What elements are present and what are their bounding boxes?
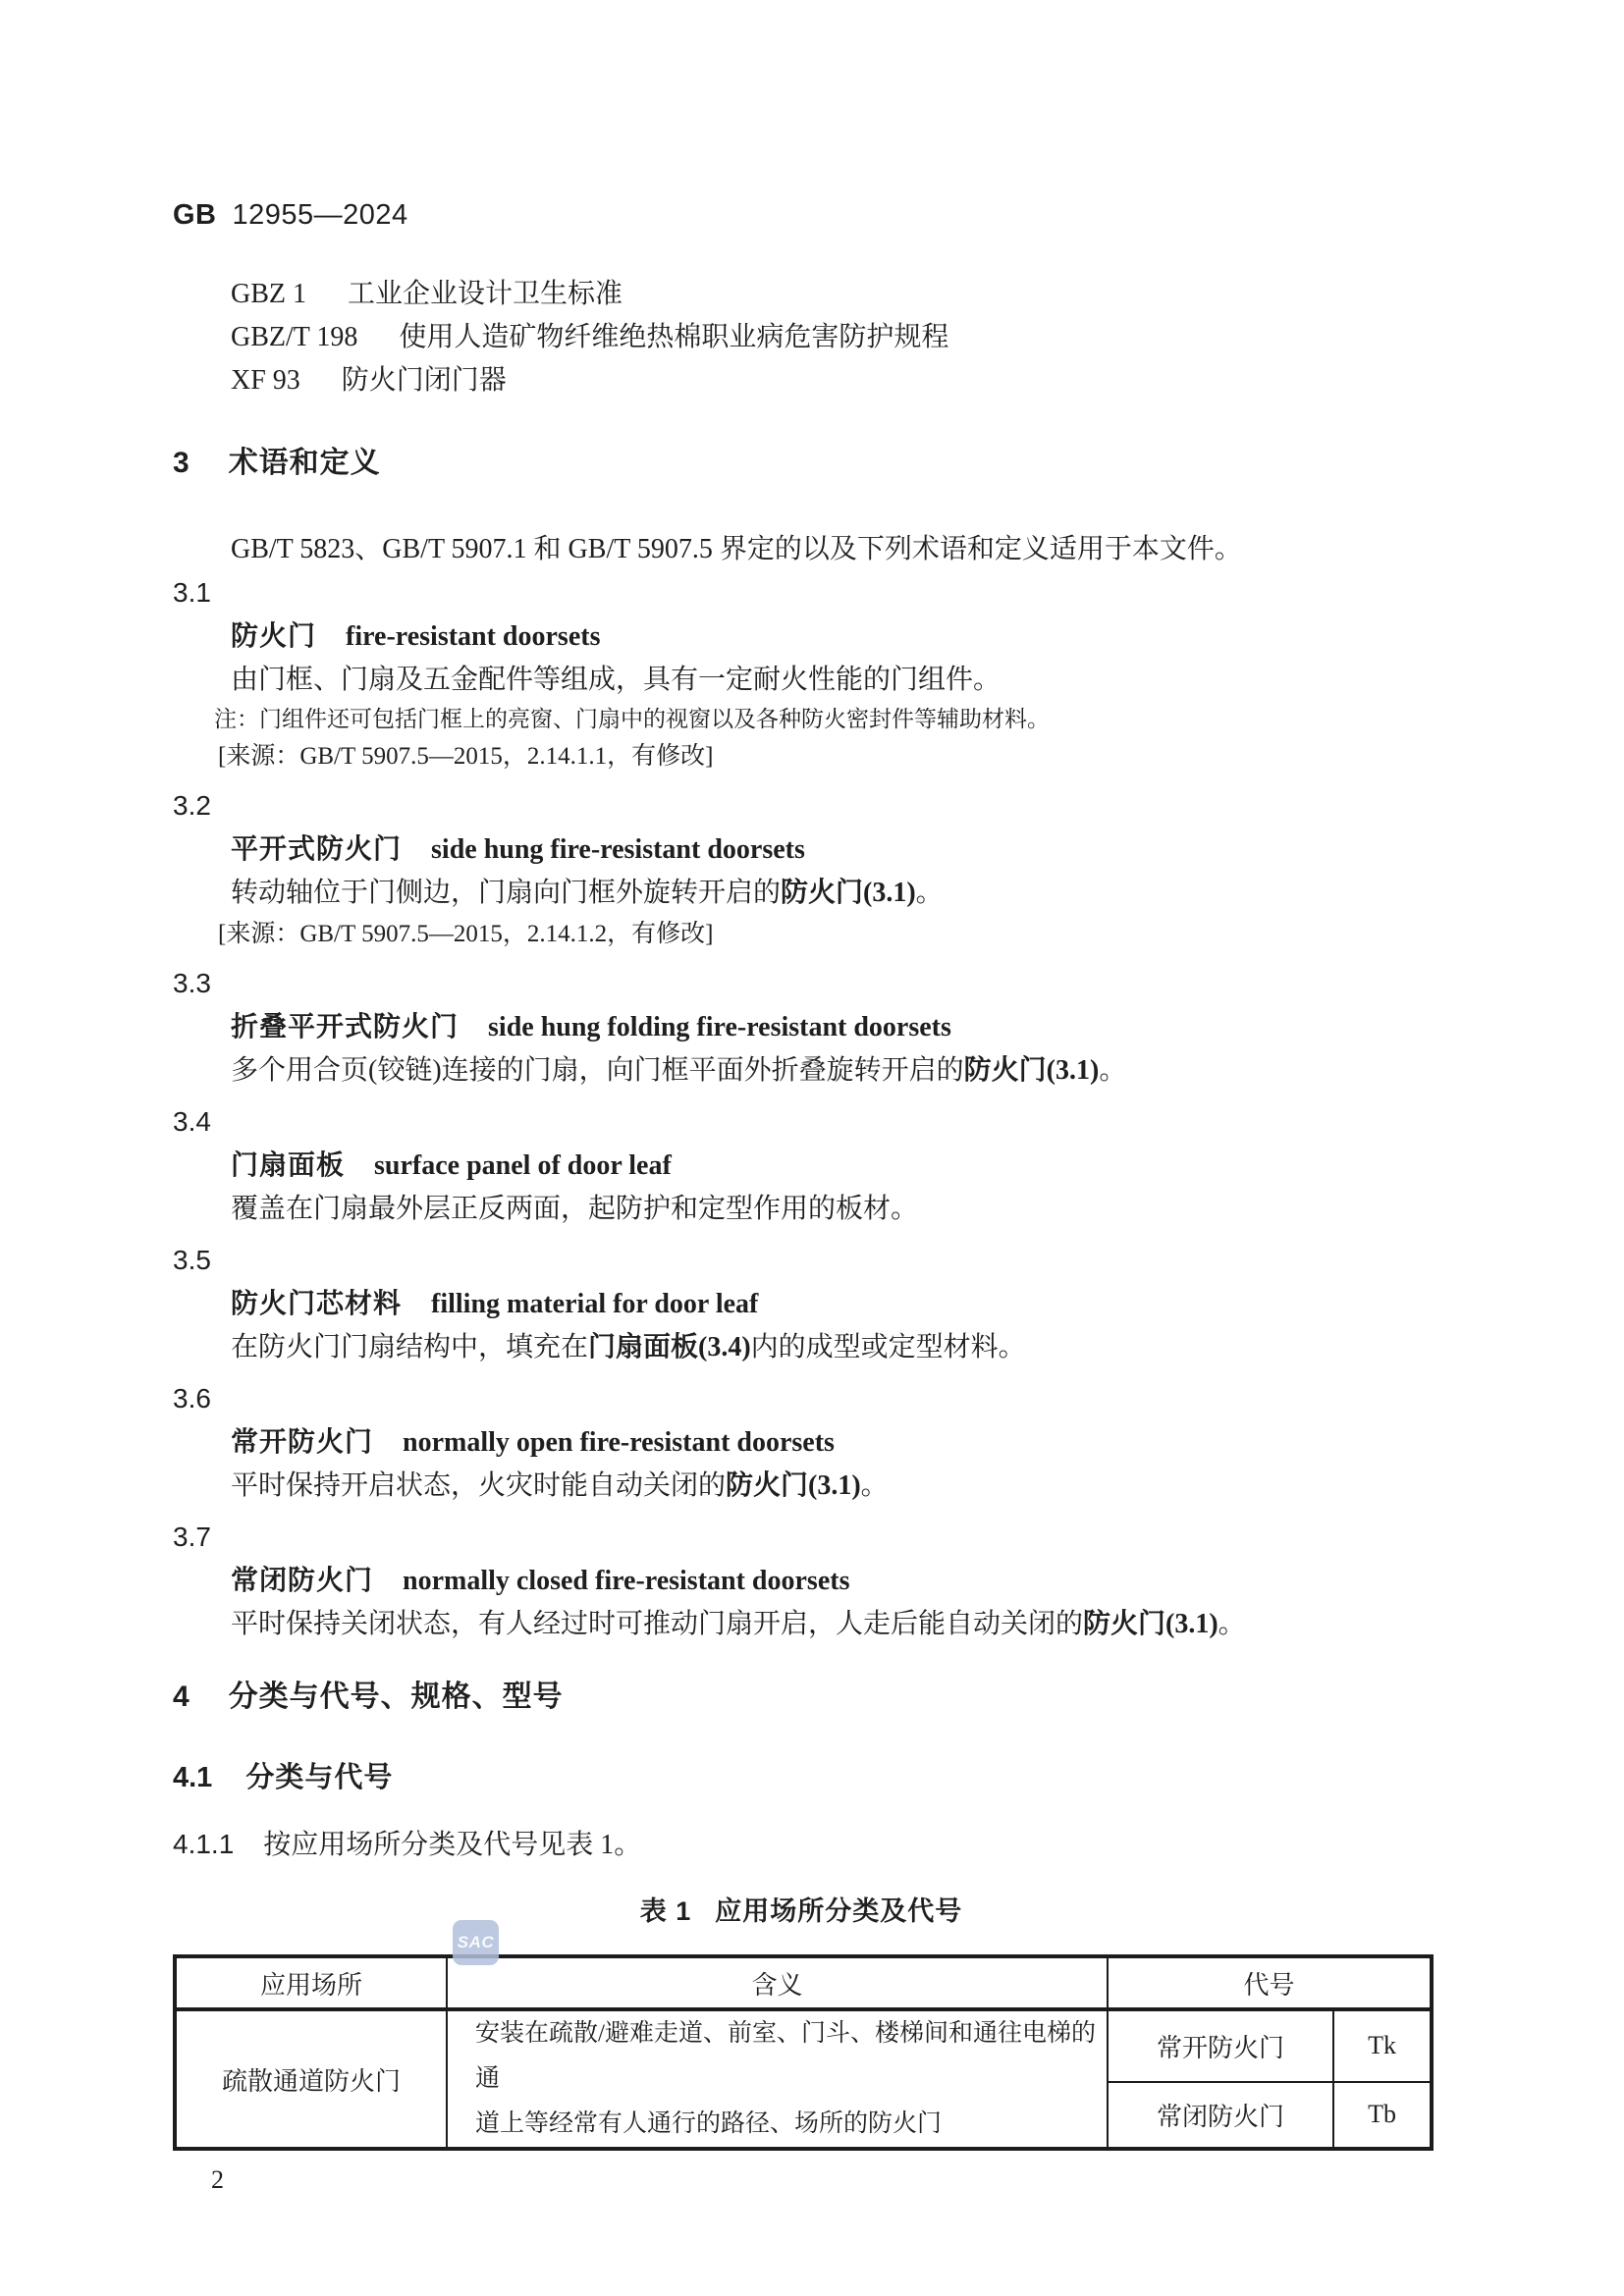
table-cell-meaning: 安装在疏散/避难走道、前室、门斗、楼梯间和通往电梯的通 道上等经常有人通行的路径… <box>447 2009 1108 2149</box>
section-title: 术语和定义 <box>229 447 381 479</box>
term-block-3-4: 3.4 门扇面板surface panel of door leaf 覆盖在门扇… <box>173 1100 1512 1231</box>
term-number: 3.7 <box>173 1516 1512 1559</box>
term-title-zh: 门扇面板 <box>231 1149 345 1180</box>
reference-title: 工业企业设计卫生标准 <box>348 279 623 309</box>
definition-segment: 。 <box>1099 1055 1126 1086</box>
term-block-3-3: 3.3 折叠平开式防火门side hung folding fire-resis… <box>173 962 1512 1093</box>
table-caption: 表 1应用场所分类及代号 <box>173 1890 1430 1933</box>
term-title-en: filling material for door leaf <box>431 1289 758 1319</box>
table-cell-category: 常闭防火门 <box>1108 2082 1333 2149</box>
term-definition: 平时保持关闭状态，有人经过时可推动门扇开启，人走后能自动关闭的防火门(3.1)。 <box>231 1603 1512 1646</box>
term-number: 3.1 <box>173 571 1512 614</box>
definition-segment: 防火门(3.1) <box>1083 1609 1218 1639</box>
clause-number: 4.1.1 <box>173 1829 234 1859</box>
reference-item: XF 93防火门闭门器 <box>231 359 1512 402</box>
term-title-zh: 折叠平开式防火门 <box>231 1011 459 1041</box>
term-number: 3.5 <box>173 1239 1512 1282</box>
reference-item: GBZ 1工业企业设计卫生标准 <box>231 273 1512 316</box>
definition-segment: 转动轴位于门侧边，门扇向门框外旋转开启的 <box>231 878 781 908</box>
classification-table: 应用场所 含义 代号 疏散通道防火门 安装在疏散/避难走道、前室、门斗、楼梯间和… <box>173 1954 1434 2151</box>
table-cell-category: 常开防火门 <box>1108 2009 1333 2082</box>
standard-number: 12955—2024 <box>233 199 408 231</box>
term-title: 常闭防火门normally closed fire-resistant door… <box>231 1559 1512 1603</box>
definition-segment: 由门框、门扇及五金配件等组成，具有一定耐火性能的门组件。 <box>231 665 1001 695</box>
definition-segment: 门扇面板(3.4) <box>588 1332 751 1362</box>
term-block-3-6: 3.6 常开防火门normally open fire-resistant do… <box>173 1377 1512 1508</box>
term-title: 折叠平开式防火门side hung folding fire-resistant… <box>231 1005 1512 1049</box>
reference-code: GBZ/T 198 <box>231 322 357 352</box>
term-title-zh: 平开式防火门 <box>231 833 402 864</box>
clause-text: 按应用场所分类及代号见表 1。 <box>263 1830 641 1860</box>
table-cell-place: 疏散通道防火门 <box>175 2009 447 2149</box>
section-number: 4.1 <box>173 1762 212 1793</box>
term-source: [来源：GB/T 5907.5—2015，2.14.1.2，有修改] <box>218 915 1512 954</box>
table-header-code: 代号 <box>1108 1956 1432 2009</box>
term-title-en: surface panel of door leaf <box>374 1150 672 1181</box>
definition-segment: 平时保持关闭状态，有人经过时可推动门扇开启，人走后能自动关闭的 <box>231 1609 1083 1639</box>
term-title: 平开式防火门side hung fire-resistant doorsets <box>231 828 1512 872</box>
section-number: 3 <box>173 447 189 479</box>
term-definition: 在防火门门扇结构中，填充在门扇面板(3.4)内的成型或定型材料。 <box>231 1326 1512 1369</box>
reference-code: XF 93 <box>231 365 300 396</box>
term-title-en: normally closed fire-resistant doorsets <box>403 1566 849 1596</box>
definition-segment: 防火门(3.1) <box>781 878 916 908</box>
term-source: [来源：GB/T 5907.5—2015，2.14.1.1，有修改] <box>218 737 1512 776</box>
term-definition: 多个用合页(铰链)连接的门扇，向门框平面外折叠旋转开启的防火门(3.1)。 <box>231 1049 1512 1093</box>
definition-segment: 在防火门门扇结构中，填充在 <box>231 1332 588 1362</box>
term-definition: 覆盖在门扇最外层正反两面，起防护和定型作用的板材。 <box>231 1188 1512 1231</box>
term-title: 门扇面板surface panel of door leaf <box>231 1144 1512 1188</box>
reference-title: 使用人造矿物纤维绝热棉职业病危害防护规程 <box>399 322 948 352</box>
definition-segment: 。 <box>861 1470 889 1501</box>
term-title-zh: 防火门芯材料 <box>231 1288 402 1318</box>
definition-segment: 内的成型或定型材料。 <box>751 1332 1026 1362</box>
reference-code: GBZ 1 <box>231 279 306 309</box>
section-title: 分类与代号、规格、型号 <box>229 1681 564 1713</box>
term-block-3-2: 3.2 平开式防火门side hung fire-resistant doors… <box>173 784 1512 954</box>
section-3-heading: 3术语和定义 <box>173 442 1512 485</box>
clause-4-1-1: 4.1.1按应用场所分类及代号见表 1。 <box>173 1823 1512 1867</box>
term-title: 常开防火门normally open fire-resistant doorse… <box>231 1420 1512 1465</box>
section-number: 4 <box>173 1681 189 1713</box>
table-cell-code: Tb <box>1333 2082 1432 2149</box>
term-block-3-5: 3.5 防火门芯材料filling material for door leaf… <box>173 1239 1512 1369</box>
reference-title: 防火门闭门器 <box>342 365 507 396</box>
term-title: 防火门芯材料filling material for door leaf <box>231 1282 1512 1326</box>
sac-watermark: SAC <box>453 1920 499 1965</box>
section-title: 分类与代号 <box>245 1762 393 1793</box>
term-title: 防火门fire-resistant doorsets <box>231 614 1512 659</box>
definition-segment: 。 <box>916 878 944 908</box>
page-number: 2 <box>211 2161 1512 2200</box>
term-title-en: side hung fire-resistant doorsets <box>431 834 805 865</box>
term-number: 3.2 <box>173 784 1512 828</box>
term-title-en: fire-resistant doorsets <box>346 621 600 652</box>
table-header-meaning: 含义 <box>447 1956 1108 2009</box>
term-block-3-7: 3.7 常闭防火门normally closed fire-resistant … <box>173 1516 1512 1646</box>
running-header: GB12955—2024 <box>173 193 1512 237</box>
term-note: 注：门组件还可包括门框上的亮窗、门扇中的视窗以及各种防火密封件等辅助材料。 <box>214 702 1512 737</box>
definition-segment: 。 <box>1218 1609 1246 1639</box>
definition-segment: 平时保持开启状态，火灾时能自动关闭的 <box>231 1470 726 1501</box>
definition-segment: 防火门(3.1) <box>726 1470 861 1501</box>
table-caption-label: 表 1 <box>640 1896 692 1926</box>
table-caption-title: 应用场所分类及代号 <box>715 1896 962 1926</box>
term-title-en: side hung folding fire-resistant doorset… <box>488 1012 951 1042</box>
term-number: 3.6 <box>173 1377 1512 1420</box>
term-title-zh: 常闭防火门 <box>231 1565 373 1595</box>
table-header-row: 应用场所 含义 代号 <box>175 1956 1432 2009</box>
page-content: GB12955—2024 GBZ 1工业企业设计卫生标准 GBZ/T 198使用… <box>0 0 1624 2296</box>
definition-segment: 覆盖在门扇最外层正反两面，起防护和定型作用的板材。 <box>231 1194 918 1224</box>
section-4-1-heading: 4.1分类与代号 <box>173 1756 1512 1799</box>
term-number: 3.4 <box>173 1100 1512 1144</box>
table-row: 疏散通道防火门 安装在疏散/避难走道、前室、门斗、楼梯间和通往电梯的通 道上等经… <box>175 2009 1432 2082</box>
definition-segment: 多个用合页(铰链)连接的门扇，向门框平面外折叠旋转开启的 <box>231 1055 964 1086</box>
term-definition: 平时保持开启状态，火灾时能自动关闭的防火门(3.1)。 <box>231 1465 1512 1508</box>
document-page: GB12955—2024 GBZ 1工业企业设计卫生标准 GBZ/T 198使用… <box>0 0 1624 2296</box>
table-header-place: 应用场所 <box>175 1956 447 2009</box>
term-definition: 由门框、门扇及五金配件等组成，具有一定耐火性能的门组件。 <box>231 659 1512 702</box>
term-number: 3.3 <box>173 962 1512 1005</box>
standard-code: GB <box>173 199 217 231</box>
normative-references-list: GBZ 1工业企业设计卫生标准 GBZ/T 198使用人造矿物纤维绝热棉职业病危… <box>231 273 1512 402</box>
meaning-line: 道上等经常有人通行的路径、场所的防火门 <box>475 2102 1097 2147</box>
term-title-zh: 常开防火门 <box>231 1426 373 1457</box>
meaning-line: 安装在疏散/避难走道、前室、门斗、楼梯间和通往电梯的通 <box>475 2011 1097 2102</box>
term-definition: 转动轴位于门侧边，门扇向门框外旋转开启的防火门(3.1)。 <box>231 872 1512 915</box>
reference-item: GBZ/T 198使用人造矿物纤维绝热棉职业病危害防护规程 <box>231 316 1512 359</box>
term-block-3-1: 3.1 防火门fire-resistant doorsets 由门框、门扇及五金… <box>173 571 1512 776</box>
section-4-heading: 4分类与代号、规格、型号 <box>173 1676 1512 1719</box>
term-title-en: normally open fire-resistant doorsets <box>403 1427 835 1458</box>
definition-segment: 防火门(3.1) <box>964 1055 1100 1086</box>
table-cell-code: Tk <box>1333 2009 1432 2082</box>
terms-intro-paragraph: GB/T 5823、GB/T 5907.1 和 GB/T 5907.5 界定的以… <box>231 528 1512 571</box>
watermark-letters: SAC <box>458 1933 494 1952</box>
term-title-zh: 防火门 <box>231 620 316 651</box>
